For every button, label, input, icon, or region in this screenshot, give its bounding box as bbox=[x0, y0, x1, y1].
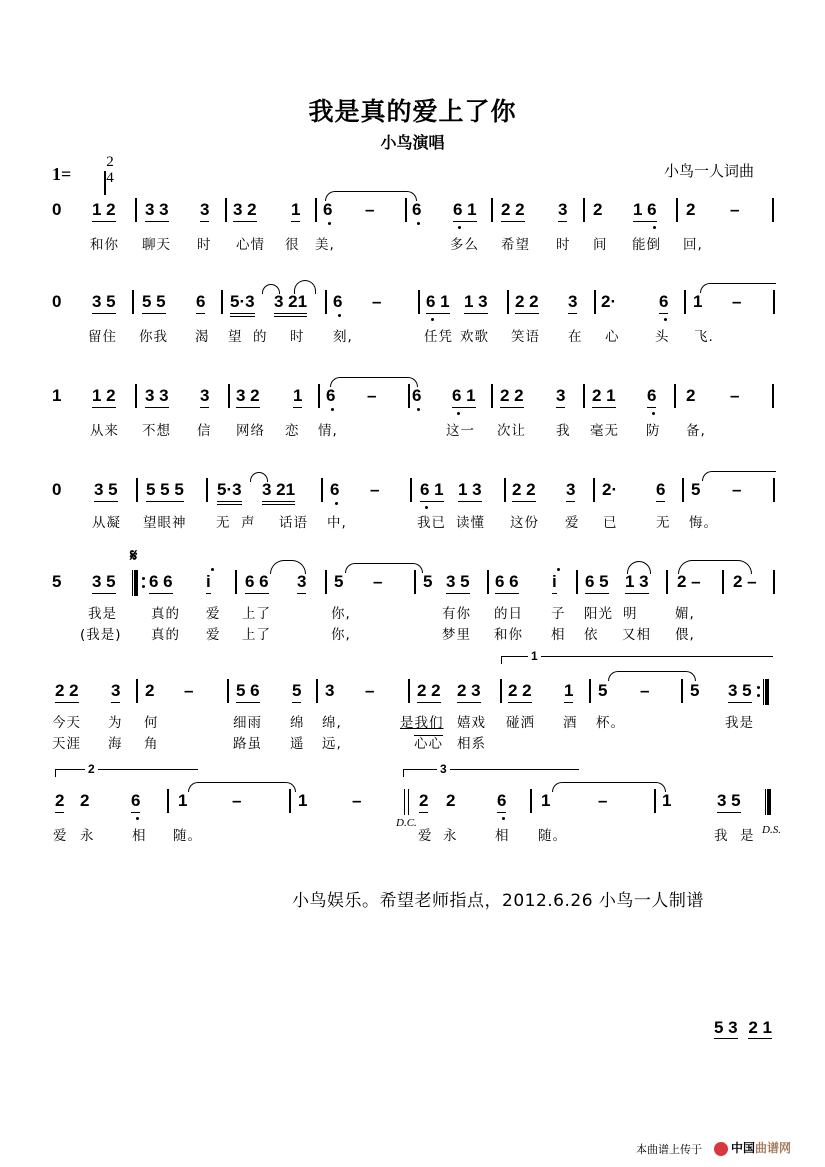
lyric: 希望 bbox=[501, 237, 530, 253]
key-signature: 1= bbox=[52, 164, 71, 185]
lyric: 头 bbox=[655, 329, 670, 345]
note: 6 1 bbox=[426, 292, 450, 314]
note: 6 bbox=[412, 386, 421, 406]
note: 6 6 bbox=[149, 572, 173, 594]
barline bbox=[681, 679, 683, 703]
note: 3 bbox=[200, 386, 209, 408]
note: 1 2 bbox=[92, 386, 116, 408]
note: 5 bbox=[292, 681, 301, 703]
dash: – bbox=[367, 386, 376, 406]
lyric-verse-2: 又相 bbox=[622, 627, 651, 643]
note: 3 5 bbox=[92, 292, 116, 314]
note: 6 bbox=[323, 200, 332, 220]
lyric: 酒 bbox=[563, 715, 578, 731]
lyric: 我已 bbox=[417, 515, 446, 531]
lyric: 已 bbox=[603, 515, 618, 531]
lyric: 这份 bbox=[510, 515, 539, 531]
note: 5 bbox=[691, 480, 700, 500]
note: 1 3 bbox=[458, 480, 482, 502]
note: 3 bbox=[566, 480, 575, 502]
barline bbox=[593, 478, 595, 502]
note: 6 5 bbox=[585, 572, 609, 594]
lyric: 间 bbox=[593, 237, 608, 253]
lyric: 心 bbox=[605, 329, 620, 345]
dash: – bbox=[232, 791, 241, 811]
barline bbox=[410, 478, 412, 502]
barline bbox=[167, 789, 169, 813]
lyric: 聊天 bbox=[142, 237, 171, 253]
lyric: 多么 bbox=[450, 237, 479, 253]
barline bbox=[136, 478, 138, 502]
note: 1 bbox=[52, 386, 61, 406]
note: 5 bbox=[52, 572, 61, 592]
note: 3 bbox=[297, 572, 306, 594]
note: 3 5 bbox=[446, 572, 470, 594]
lyric: 飞. bbox=[694, 329, 714, 345]
lyric: 和你 bbox=[90, 237, 119, 253]
barline bbox=[135, 384, 137, 408]
note: 1 6 bbox=[633, 200, 657, 222]
dash: – bbox=[184, 681, 193, 701]
lyric: 爱 bbox=[565, 515, 580, 531]
note: 5 5 bbox=[142, 292, 166, 314]
dash: – bbox=[730, 386, 739, 406]
barline bbox=[228, 384, 230, 408]
barline bbox=[315, 198, 317, 222]
lyric: 毫无 bbox=[590, 423, 619, 439]
lyric: 随。 bbox=[173, 828, 202, 844]
note: 6 1 bbox=[420, 480, 444, 502]
lyric: 情, bbox=[318, 423, 338, 439]
lyric: 子 bbox=[551, 606, 566, 622]
barline bbox=[235, 570, 237, 594]
dash: – bbox=[365, 200, 374, 220]
lyric: 无 bbox=[656, 515, 671, 531]
ending-notes: 5 3 2 1 bbox=[714, 1018, 772, 1038]
lyric-verse-2: 上了 bbox=[242, 627, 271, 643]
note: 1 bbox=[564, 681, 573, 703]
barline bbox=[772, 198, 774, 222]
note: 6 bbox=[196, 292, 205, 314]
note: 3 21 bbox=[262, 480, 295, 505]
barline bbox=[500, 679, 502, 703]
final-barline bbox=[765, 789, 771, 815]
barline bbox=[530, 789, 532, 813]
note: 5 bbox=[690, 681, 699, 701]
lyric: 网络 bbox=[236, 423, 265, 439]
note: 3 bbox=[325, 681, 334, 701]
lyric: 我是 bbox=[88, 606, 117, 622]
barline bbox=[504, 478, 506, 502]
lyric: 是我们 bbox=[400, 715, 444, 731]
lyric-verse-2: 遥 bbox=[290, 736, 305, 752]
lyric: 杯。 bbox=[596, 715, 625, 731]
lyric: 回, bbox=[683, 237, 703, 253]
lyric: 在 bbox=[568, 329, 583, 345]
barline bbox=[289, 789, 291, 813]
lyric: 细雨 bbox=[233, 715, 262, 731]
lyric: 为 bbox=[108, 715, 123, 731]
lyric: 爱 bbox=[206, 606, 221, 622]
lyric: 无 bbox=[216, 515, 231, 531]
lyric: 爱 bbox=[418, 828, 433, 844]
composer-credit: 小鸟一人词曲 bbox=[664, 160, 754, 181]
barline bbox=[408, 384, 410, 408]
lyric: 悔。 bbox=[689, 515, 718, 531]
barline bbox=[583, 198, 585, 222]
note: 2 2 bbox=[508, 681, 532, 703]
double-barline bbox=[404, 789, 409, 815]
note: 2· bbox=[602, 480, 617, 500]
note: 5·3 bbox=[230, 292, 255, 317]
lyric: 中, bbox=[327, 515, 347, 531]
lyric: 你, bbox=[331, 606, 351, 622]
low-octave-dot bbox=[417, 408, 420, 411]
lyric: 留住 bbox=[88, 329, 117, 345]
low-octave-dot bbox=[417, 222, 420, 225]
note: 3 2 bbox=[233, 200, 257, 222]
tie bbox=[552, 782, 666, 792]
lyric: 的 bbox=[253, 329, 268, 345]
barline bbox=[583, 384, 585, 408]
lyric: 你我 bbox=[139, 329, 168, 345]
low-octave-dot bbox=[425, 506, 428, 509]
lyric-verse-2: 角 bbox=[144, 736, 159, 752]
lyric-verse-2: 海 bbox=[108, 736, 123, 752]
dash: – bbox=[732, 480, 741, 500]
low-octave-dot bbox=[335, 502, 338, 505]
lyric: 是 bbox=[740, 828, 755, 844]
lyric: 媚, bbox=[675, 606, 695, 622]
barline bbox=[507, 290, 509, 314]
lyric-verse-2: 心心 bbox=[414, 736, 443, 752]
performer: 小鸟演唱 bbox=[0, 130, 825, 153]
lyric: 欢歌 bbox=[460, 329, 489, 345]
dc-marking: D.C. bbox=[396, 817, 417, 829]
note: 2· bbox=[601, 292, 616, 312]
note: 6 bbox=[656, 480, 665, 502]
note: 6 bbox=[647, 386, 656, 408]
volta-bracket-1 bbox=[501, 656, 773, 664]
time-signature: 2 4 bbox=[104, 154, 116, 186]
note: 2 bbox=[593, 200, 602, 220]
score-title: 我是真的爱上了你 bbox=[0, 92, 825, 128]
lyric: 任凭 bbox=[424, 329, 453, 345]
lyric: 我 bbox=[714, 828, 729, 844]
note: 6 bbox=[131, 791, 140, 813]
lyric: 碰洒 bbox=[506, 715, 535, 731]
volta-bracket-3 bbox=[403, 769, 579, 777]
note: 6 bbox=[497, 791, 506, 813]
note: 5 6 bbox=[236, 681, 260, 703]
lyric: 心情 bbox=[236, 237, 265, 253]
note: i bbox=[206, 572, 211, 594]
note: 6 bbox=[326, 386, 335, 406]
note: 2 bbox=[145, 681, 154, 701]
barline bbox=[594, 290, 596, 314]
note: 1 bbox=[662, 791, 671, 811]
note: 2 bbox=[55, 791, 64, 813]
slur bbox=[294, 280, 316, 294]
lyric: 次让 bbox=[497, 423, 526, 439]
lyric: 上了 bbox=[242, 606, 271, 622]
low-octave-dot bbox=[664, 318, 667, 321]
barline bbox=[206, 478, 208, 502]
site-brand[interactable]: 中国曲谱网 bbox=[714, 1139, 791, 1156]
note: 3 2 bbox=[236, 386, 260, 408]
lyric: 时 bbox=[290, 329, 305, 345]
time-denominator: 4 bbox=[104, 170, 116, 186]
note: 2 – bbox=[733, 572, 757, 592]
barline bbox=[321, 478, 323, 502]
note: 2 bbox=[419, 791, 428, 813]
repeat-dot bbox=[757, 694, 760, 697]
lyric: 读懂 bbox=[456, 515, 485, 531]
repeat-end-barline bbox=[763, 679, 769, 705]
lyric: 渴 bbox=[195, 329, 210, 345]
low-octave-dot bbox=[502, 817, 505, 820]
lyric-verse-2: (我是) bbox=[80, 627, 122, 643]
note: 1 bbox=[541, 791, 550, 811]
note: 6 bbox=[412, 200, 421, 220]
note: 6 6 bbox=[245, 572, 269, 594]
low-octave-dot bbox=[457, 412, 460, 415]
lyric-verse-2: 爱 bbox=[206, 627, 221, 643]
dash: – bbox=[598, 791, 607, 811]
low-octave-dot bbox=[338, 314, 341, 317]
lyric: 从来 bbox=[90, 423, 119, 439]
note: 3 bbox=[568, 292, 577, 314]
repeat-dot bbox=[142, 577, 145, 580]
barline bbox=[772, 384, 774, 408]
lyric: 望眼神 bbox=[143, 515, 187, 531]
lyric-verse-2: 远, bbox=[322, 736, 342, 752]
lyric: 随。 bbox=[538, 828, 567, 844]
ds-marking: D.S. bbox=[762, 824, 781, 836]
volta-number: 2 bbox=[85, 762, 98, 776]
lyric-verse-2: 路虽 bbox=[233, 736, 262, 752]
low-octave-dot bbox=[458, 226, 461, 229]
note: 1 3 bbox=[464, 292, 488, 314]
lyric: 能倒 bbox=[632, 237, 661, 253]
lyric: 很 bbox=[285, 237, 300, 253]
note: 2 2 bbox=[417, 681, 441, 703]
volta-bracket-2 bbox=[55, 769, 198, 777]
brand-name-part1: 中国 bbox=[731, 1141, 755, 1155]
lyric-verse-2: 偎, bbox=[675, 627, 695, 643]
high-octave-dot bbox=[557, 568, 560, 571]
note: 2 2 bbox=[500, 386, 524, 408]
lyric-verse-2: 和你 bbox=[494, 627, 523, 643]
lyric: 今天 bbox=[52, 715, 81, 731]
dash: – bbox=[365, 681, 374, 701]
lyric: 望 bbox=[228, 329, 243, 345]
note: 5 5 5 bbox=[146, 480, 184, 502]
note: 0 bbox=[52, 480, 61, 500]
note: 3 bbox=[556, 386, 565, 408]
note: 2 2 bbox=[512, 480, 536, 502]
lyric: 美, bbox=[315, 237, 335, 253]
dash: – bbox=[640, 681, 649, 701]
note: 2 bbox=[686, 386, 695, 406]
note: 3 21 bbox=[274, 292, 307, 317]
lyric: 真的 bbox=[151, 606, 180, 622]
note: 5 3 bbox=[714, 1018, 738, 1039]
time-fraction-bar bbox=[104, 171, 106, 195]
note: 3 3 bbox=[145, 386, 169, 408]
lyric-verse-2: 相 bbox=[551, 627, 566, 643]
barline bbox=[676, 198, 678, 222]
note: 2 3 bbox=[457, 681, 481, 703]
note: 2 2 bbox=[515, 292, 539, 314]
lyric: 阳光 bbox=[584, 606, 613, 622]
note: 5 bbox=[334, 572, 343, 592]
dash: – bbox=[730, 200, 739, 220]
note: 2 bbox=[686, 200, 695, 220]
barline bbox=[405, 198, 407, 222]
transcription-credit: 小鸟娱乐。希望老师指点，2012.6.26 小鸟一人制谱 bbox=[292, 886, 704, 911]
note: 5 bbox=[423, 572, 432, 592]
low-octave-dot bbox=[653, 226, 656, 229]
barline bbox=[773, 570, 775, 594]
barline bbox=[318, 384, 320, 408]
lyric-verse-2: 真的 bbox=[151, 627, 180, 643]
repeat-start-barline bbox=[132, 570, 138, 596]
note: 1 bbox=[178, 791, 187, 811]
note: 3 5 bbox=[728, 681, 752, 703]
note: 5·3 bbox=[217, 480, 242, 505]
note: 0 bbox=[52, 200, 61, 220]
barline bbox=[674, 384, 676, 408]
dash: – bbox=[352, 791, 361, 811]
barline bbox=[227, 679, 229, 703]
note: 2 1 bbox=[748, 1018, 772, 1039]
note: 5 bbox=[598, 681, 607, 701]
barline bbox=[132, 290, 134, 314]
barline bbox=[666, 570, 668, 594]
note: 1 3 bbox=[625, 572, 649, 594]
barline bbox=[221, 290, 223, 314]
note: 2 2 bbox=[55, 681, 79, 703]
note: 1 bbox=[693, 292, 702, 312]
note: 2 – bbox=[677, 572, 701, 592]
barline bbox=[589, 679, 591, 703]
barline bbox=[325, 290, 327, 314]
barline bbox=[136, 679, 138, 703]
note: 1 bbox=[291, 200, 300, 222]
note: 6 bbox=[333, 292, 342, 312]
lyric: 防 bbox=[646, 423, 661, 439]
lyric: 绵 bbox=[290, 715, 305, 731]
note: 2 1 bbox=[592, 386, 616, 408]
barline bbox=[487, 570, 489, 594]
lyric-verse-2: 梦里 bbox=[442, 627, 471, 643]
low-octave-dot bbox=[331, 408, 334, 411]
barline bbox=[316, 679, 318, 703]
lyric-verse-2: 依 bbox=[584, 627, 599, 643]
barline bbox=[414, 570, 416, 594]
lyric: 相 bbox=[132, 828, 147, 844]
note: 2 bbox=[80, 791, 89, 811]
dash: – bbox=[372, 292, 381, 312]
lyric-verse-2: 你, bbox=[331, 627, 351, 643]
barline bbox=[722, 570, 724, 594]
low-octave-dot bbox=[136, 817, 139, 820]
volta-number: 1 bbox=[528, 649, 541, 663]
lyric: 不想 bbox=[142, 423, 171, 439]
lyric: 笑语 bbox=[511, 329, 540, 345]
low-octave-dot bbox=[328, 222, 331, 225]
note: 3 5 bbox=[92, 572, 116, 594]
dash: – bbox=[373, 572, 382, 592]
tie bbox=[345, 563, 423, 573]
note: 6 1 bbox=[453, 200, 477, 222]
repeat-dot bbox=[142, 585, 145, 588]
note: 0 bbox=[52, 292, 61, 312]
lyric: 永 bbox=[80, 828, 95, 844]
lyric: 明 bbox=[623, 606, 638, 622]
lyric: 永 bbox=[443, 828, 458, 844]
barline bbox=[135, 198, 137, 222]
lyric: 刻, bbox=[333, 329, 353, 345]
barline bbox=[773, 290, 775, 314]
note: 3 3 bbox=[145, 200, 169, 222]
lyric: 从凝 bbox=[92, 515, 121, 531]
note: 6 6 bbox=[495, 572, 519, 594]
note: 1 bbox=[293, 386, 302, 408]
lyric-verse-2: 天涯 bbox=[52, 736, 81, 752]
dash: – bbox=[370, 480, 379, 500]
lyric: 嬉戏 bbox=[457, 715, 486, 731]
low-octave-dot bbox=[431, 318, 434, 321]
dash: – bbox=[732, 292, 741, 312]
note: 6 1 bbox=[452, 386, 476, 408]
lyric: 时 bbox=[556, 237, 571, 253]
barline bbox=[418, 290, 420, 314]
lyric-verse-2: 相系 bbox=[457, 736, 486, 752]
brand-name-part2: 曲谱网 bbox=[755, 1141, 791, 1155]
barline bbox=[684, 290, 686, 314]
lyric: 爱 bbox=[53, 828, 68, 844]
tie bbox=[188, 782, 296, 792]
tie bbox=[608, 671, 696, 681]
lyric: 何 bbox=[144, 715, 159, 731]
lyric: 恋 bbox=[285, 423, 300, 439]
volta-number: 3 bbox=[437, 762, 450, 776]
lyric: 备, bbox=[686, 423, 706, 439]
note: i bbox=[552, 572, 557, 594]
note: 3 5 bbox=[94, 480, 118, 502]
barline bbox=[491, 198, 493, 222]
repeat-dot bbox=[757, 686, 760, 689]
note: 3 bbox=[111, 681, 120, 703]
lyric: 话语 bbox=[279, 515, 308, 531]
low-octave-dot bbox=[652, 412, 655, 415]
note: 1 bbox=[298, 791, 307, 811]
high-octave-dot bbox=[211, 568, 214, 571]
note: 2 2 bbox=[501, 200, 525, 222]
lyric: 信 bbox=[197, 423, 212, 439]
note: 1 2 bbox=[92, 200, 116, 222]
barline bbox=[225, 198, 227, 222]
note: 3 5 bbox=[717, 791, 741, 813]
lyric: 时 bbox=[197, 237, 212, 253]
note: 2 bbox=[446, 791, 455, 811]
lyric: 相 bbox=[495, 828, 510, 844]
barline bbox=[408, 679, 410, 703]
barline bbox=[491, 384, 493, 408]
note: 6 bbox=[330, 480, 339, 500]
